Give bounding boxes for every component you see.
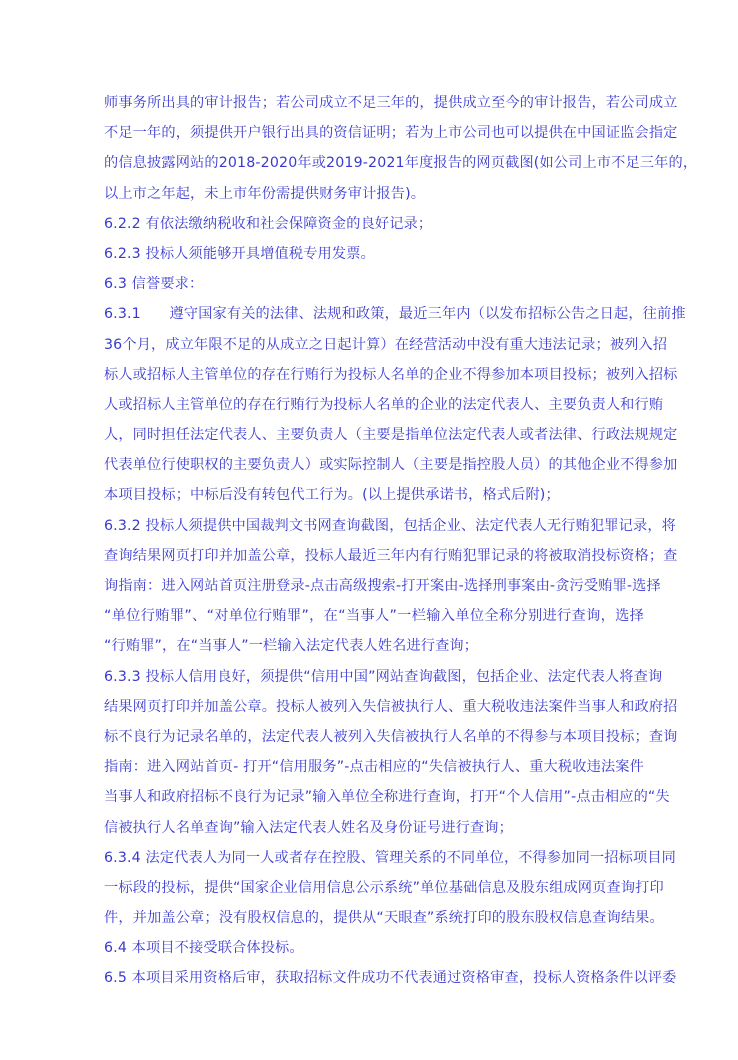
- text-line: 的信息披露网站的2018-2020年或2019-2021年度报告的网页截图(如公…: [104, 148, 644, 178]
- text-line: 本项目投标；中标后没有转包代工行为。(以上提供承诺书，格式后附)；: [104, 480, 644, 510]
- text-line: 当事人和政府招标不良行为记录”输入单位全称进行查询，打开“个人信用”-点击相应的…: [104, 782, 644, 812]
- text-line: 6.3.1 遵守国家有关的法律、法规和政策，最近三年内（以发布招标公告之日起，往…: [104, 299, 644, 329]
- text-line: 6.3.2 投标人须提供中国裁判文书网查询截图，包括企业、法定代表人无行贿犯罪记…: [104, 511, 644, 541]
- text-line: 师事务所出具的审计报告；若公司成立不足三年的，提供成立至今的审计报告，若公司成立: [104, 88, 644, 118]
- text-line: “行贿罪”，在“当事人”一栏输入法定代表人姓名进行查询；: [104, 631, 644, 661]
- text-line: 一标段的投标，提供“国家企业信用信息公示系统”单位基础信息及股东组成网页查询打印: [104, 873, 644, 903]
- text-line: 结果网页打印并加盖公章。投标人被列入失信被执行人、重大税收违法案件当事人和政府招: [104, 692, 644, 722]
- document-page: 师事务所出具的审计报告；若公司成立不足三年的，提供成立至今的审计报告，若公司成立…: [104, 88, 644, 994]
- text-line: 6.5 本项目采用资格后审，获取招标文件成功不代表通过资格审查，投标人资格条件以…: [104, 963, 644, 993]
- text-line: 询指南：进入网站首页注册登录-点击高级搜索-打开案由-选择刑事案由-贪污受贿罪-…: [104, 571, 644, 601]
- text-line: 标人或招标人主管单位的存在行贿行为投标人名单的企业不得参加本项目投标；被列入招标: [104, 360, 644, 390]
- text-line: 人，同时担任法定代表人、主要负责人（主要是指单位法定代表人或者法律、行政法规规定: [104, 420, 644, 450]
- text-line: 件，并加盖公章；没有股权信息的，提供从“天眼查”系统打印的股东股权信息查询结果。: [104, 903, 644, 933]
- text-line: 以上市之年起，未上市年份需提供财务审计报告)。: [104, 179, 644, 209]
- text-line: 代表单位行使职权的主要负责人）或实际控制人（主要是指控股人员）的其他企业不得参加: [104, 450, 644, 480]
- text-line: 6.3.4 法定代表人为同一人或者存在控股、管理关系的不同单位，不得参加同一招标…: [104, 843, 644, 873]
- text-line: 信被执行人名单查询”输入法定代表人姓名及身份证号进行查询；: [104, 813, 644, 843]
- text-line: 6.4 本项目不接受联合体投标。: [104, 933, 644, 963]
- text-line: “单位行贿罪”、“对单位行贿罪”，在“当事人”一栏输入单位全称分别进行查询，选择: [104, 601, 644, 631]
- text-line: 不足一年的，须提供开户银行出具的资信证明；若为上市公司也可以提供在中国证监会指定: [104, 118, 644, 148]
- text-line: 查询结果网页打印并加盖公章，投标人最近三年内有行贿犯罪记录的将被取消投标资格；查: [104, 541, 644, 571]
- text-line: 人或招标人主管单位的存在行贿行为投标人名单的企业的法定代表人、主要负责人和行贿: [104, 390, 644, 420]
- text-line: 6.3.3 投标人信用良好，须提供“信用中国”网站查询截图，包括企业、法定代表人…: [104, 662, 644, 692]
- text-line: 指南：进入网站首页- 打开“信用服务”-点击相应的“失信被执行人、重大税收违法案…: [104, 752, 644, 782]
- text-line: 6.2.3 投标人须能够开具增值税专用发票。: [104, 239, 644, 269]
- text-line: 6.2.2 有依法缴纳税收和社会保障资金的良好记录；: [104, 209, 644, 239]
- text-line: 36个月，成立年限不足的从成立之日起计算）在经营活动中没有重大违法记录；被列入招: [104, 330, 644, 360]
- text-line: 标不良行为记录名单的，法定代表人被列入失信被执行人名单的不得参与本项目投标；查询: [104, 722, 644, 752]
- text-line: 6.3 信誉要求：: [104, 269, 644, 299]
